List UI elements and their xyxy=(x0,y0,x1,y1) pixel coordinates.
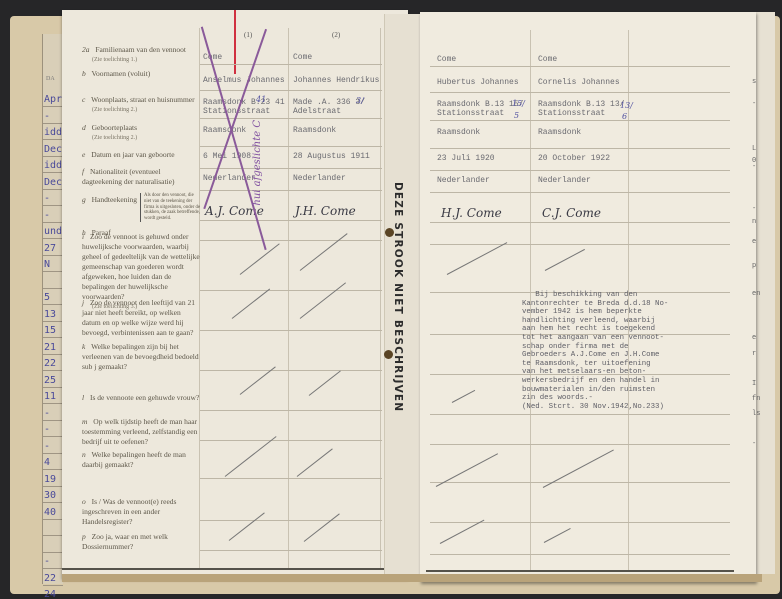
ledger-entry: idd xyxy=(44,160,62,171)
ledger-entry: - xyxy=(44,424,50,435)
row-rule xyxy=(200,146,382,147)
question-key: i xyxy=(82,232,84,241)
question-note: (Zie toelichting 1.) xyxy=(92,55,197,65)
partner-3-birth-date: 23 Juli 1920 xyxy=(437,154,495,163)
row-rule xyxy=(200,190,382,191)
binding-strip-label: DEZE STROOK NIET BESCHRIJVEN xyxy=(392,182,404,412)
row-rule xyxy=(430,222,730,223)
ledger-header: DA xyxy=(46,76,55,82)
row-rule xyxy=(430,66,730,67)
row-rule xyxy=(200,90,382,91)
pencil-note: 15/ xyxy=(512,99,525,108)
row-rule xyxy=(200,478,382,479)
underlying-text-fragment: - xyxy=(752,205,756,213)
question-key: m xyxy=(82,417,87,426)
ledger-rule xyxy=(43,535,63,536)
ledger-entry: - xyxy=(44,441,50,452)
ledger-rule xyxy=(43,486,63,487)
ledger-rule xyxy=(43,370,63,371)
question-label: Zoo ja, waar en met welk Dossiernummer? xyxy=(82,532,168,551)
question-k: k Welke bepalingen zijn bij het verleene… xyxy=(82,342,200,372)
row-rule xyxy=(430,120,730,121)
row-rule xyxy=(200,220,382,221)
partner-4-birthplace: Raamsdonk xyxy=(538,128,581,137)
ledger-rule xyxy=(43,403,63,404)
partner-1-birthplace: Raamsdonk xyxy=(203,126,246,135)
question-label: Is de vennoote een gehuwde vrouw? xyxy=(90,393,199,402)
ledger-rule xyxy=(43,387,63,388)
question-m: m Op welk tijdstip heeft de man haar toe… xyxy=(82,417,200,447)
ledger-entry: 22 xyxy=(44,573,56,584)
question-label: Nationaliteit (eventueel dagteekening de… xyxy=(82,167,174,186)
ledger-entry: idd xyxy=(44,127,62,138)
partner-4-nationality: Nederlander xyxy=(538,176,591,185)
ledger-rule xyxy=(43,337,63,338)
underlying-text-fragment: en xyxy=(752,290,760,298)
ledger-entry: 25 xyxy=(44,375,56,386)
ledger-rule xyxy=(43,420,63,421)
row-rule xyxy=(430,414,730,415)
partner-2-address-line1: Made .A. 336 3/ xyxy=(293,98,365,107)
ledger-entry: 24 xyxy=(44,589,56,599)
pencil-note: 5 xyxy=(514,111,519,120)
ledger-rule xyxy=(43,189,63,190)
ledger-rule xyxy=(43,106,63,107)
row-rule xyxy=(200,64,382,65)
ledger-rule xyxy=(43,585,63,586)
underlying-text-fragment: - xyxy=(752,440,756,448)
ledger-rule xyxy=(43,205,63,206)
row-rule xyxy=(200,440,382,441)
partner-4-first-names: Cornelis Johannes xyxy=(538,78,620,87)
question-label: Familienaam van den vennoot xyxy=(95,45,186,54)
question-key: g xyxy=(82,195,86,204)
partner-3-nationality: Nederlander xyxy=(437,176,490,185)
row-rule xyxy=(200,550,382,551)
ledger-rule xyxy=(43,156,63,157)
question-j: j Zoo de vennoot den leeftijd van 21 jaa… xyxy=(82,298,200,338)
partner-3-signature: H.J. Come xyxy=(441,206,502,220)
underlying-text-fragment: fn xyxy=(752,395,760,403)
ledger-rule xyxy=(43,469,63,470)
partner-2-address-line2: Adelstraat xyxy=(293,107,341,116)
page-bottom-rule xyxy=(426,570,734,572)
ledger-rule xyxy=(43,255,63,256)
underlying-text-fragment: I xyxy=(752,380,756,388)
ledger-rule xyxy=(43,354,63,355)
partner-2-family-name: Come xyxy=(293,53,312,62)
ledger-rule xyxy=(43,139,63,140)
question-note: (Zie toelichting 2.) xyxy=(92,133,197,143)
question-key: 2a xyxy=(82,45,90,54)
pencil-note: 41 xyxy=(256,95,266,104)
underlying-text-fragment: ls xyxy=(752,410,760,418)
underlying-text-fragment: - xyxy=(752,100,756,108)
question-label: Is / Was de vennoot(e) reeds ingeschreve… xyxy=(82,497,176,526)
question-key: k xyxy=(82,342,85,351)
ledger-entry: 21 xyxy=(44,342,56,353)
ledger-entry: 11 xyxy=(44,391,56,402)
partner-4-family-name: Come xyxy=(538,55,557,64)
question-key: e xyxy=(82,150,85,159)
row-rule xyxy=(200,520,382,521)
question-label: Geboorteplaats xyxy=(92,123,137,132)
question-key: n xyxy=(82,450,86,459)
ledger-entry: - xyxy=(44,111,50,122)
question-key: d xyxy=(82,123,86,132)
underlying-text-fragment: L xyxy=(752,145,756,153)
purple-annotation: hui afgeslichte C xyxy=(252,120,263,206)
row-rule xyxy=(200,290,382,291)
partner-1-birth-date: 6 Mei 1908 xyxy=(203,152,251,161)
underlying-text-fragment: p xyxy=(752,262,756,270)
partner-4-signature: C.J. Come xyxy=(542,206,601,220)
question-label: Zoo de vennoot den leeftijd van 21 jaar … xyxy=(82,298,195,337)
partner-2-nationality: Nederlander xyxy=(293,174,346,183)
question-label: Handteekening xyxy=(92,195,137,204)
signature-note: Als door den vennoot, die niet van de te… xyxy=(140,193,202,222)
question-e: e Datum en jaar van geboorte xyxy=(82,150,197,160)
question-key: f xyxy=(82,167,84,176)
ledger-rule xyxy=(43,288,63,289)
question-label: Zoo de vennoot is gehuwd onder huwelijks… xyxy=(82,232,200,301)
ledger-rule xyxy=(43,304,63,305)
question-d: d Geboorteplaats (Zie toelichting 2.) xyxy=(82,123,197,143)
partner-3-address-line2: Stationsstraat xyxy=(437,109,504,118)
question-label: Datum en jaar van geboorte xyxy=(91,150,174,159)
ledger-rule xyxy=(43,552,63,553)
row-rule xyxy=(430,244,730,245)
row-rule xyxy=(200,168,382,169)
question-note: (Zie toelichting 2.) xyxy=(92,105,197,115)
partner-2-birth-date: 28 Augustus 1911 xyxy=(293,152,370,161)
row-rule xyxy=(200,240,382,241)
question-key: c xyxy=(82,95,85,104)
ledger-rule xyxy=(43,436,63,437)
underlying-text-fragment: - xyxy=(752,163,756,171)
ledger-rule xyxy=(43,238,63,239)
left-ledger-strip: DA Apri-iddDecuiddDec--und27N51315212225… xyxy=(42,34,63,584)
row-rule xyxy=(430,170,730,171)
partner-1-nationality: Nederlander xyxy=(203,174,256,183)
partner-3-birthplace: Raamsdonk xyxy=(437,128,480,137)
ledger-entry: - xyxy=(44,193,50,204)
column-rule xyxy=(380,28,381,568)
question-o: o Is / Was de vennoot(e) reeds ingeschre… xyxy=(82,497,200,527)
ledger-entry: 13 xyxy=(44,309,56,320)
question-key: p xyxy=(82,532,86,541)
question-2a: 2a Familienaam van den vennoot (Zie toel… xyxy=(82,45,197,65)
ledger-entry: 30 xyxy=(44,490,56,501)
row-rule xyxy=(430,554,730,555)
question-n: n Welke bepalingen heeft de man daarbij … xyxy=(82,450,200,470)
partner-2-first-names: Johannes Hendrikus xyxy=(293,76,379,85)
decree-note: Bij beschikking van den Kantonrechter te… xyxy=(522,291,668,411)
question-c: c Woonplaats, straat en huisnummer (Zie … xyxy=(82,95,197,115)
underlying-text-fragment: e xyxy=(752,238,756,246)
question-label: Woonplaats, straat en huisnummer xyxy=(91,95,195,104)
ledger-rule xyxy=(43,502,63,503)
row-rule xyxy=(430,444,730,445)
ledger-rule xyxy=(43,222,63,223)
underlying-text-fragment: s xyxy=(752,78,756,86)
partner-3-family-name: Come xyxy=(437,55,456,64)
question-key: j xyxy=(82,298,84,307)
ledger-entry: und xyxy=(44,226,62,237)
ledger-rule xyxy=(43,568,63,569)
punch-hole xyxy=(384,350,393,359)
ledger-entry: N xyxy=(44,259,50,270)
ledger-rule xyxy=(43,172,63,173)
row-rule xyxy=(200,410,382,411)
ledger-entry: 4 xyxy=(44,457,50,468)
question-f: f Nationaliteit (eventueel dagteekening … xyxy=(82,167,197,187)
row-rule xyxy=(200,370,382,371)
partner-4-address-line1: Raamsdonk B.13 13/ xyxy=(538,100,624,109)
underlying-text-fragment: n xyxy=(752,218,756,226)
ledger-entry: Dec xyxy=(44,177,62,188)
ledger-entry: - xyxy=(44,210,50,221)
ledger-entry: 40 xyxy=(44,507,56,518)
ledger-entry: 27 xyxy=(44,243,56,254)
question-key: o xyxy=(82,497,86,506)
question-label: Welke bepalingen heeft de man daarbij ge… xyxy=(82,450,186,469)
underlying-text-fragment: e xyxy=(752,334,756,342)
ledger-entry: - xyxy=(44,556,50,567)
question-label: Welke bepalingen zijn bij het verleenen … xyxy=(82,342,199,371)
ledger-entry: 19 xyxy=(44,474,56,485)
pencil-note: 3/ xyxy=(356,96,364,105)
question-p: p Zoo ja, waar en met welk Dossiernummer… xyxy=(82,532,200,552)
question-label: Voornamen (voluit) xyxy=(92,69,151,78)
partner-2-signature: J.H. Come xyxy=(295,204,356,218)
ledger-entry: 15 xyxy=(44,325,56,336)
ledger-rule xyxy=(43,519,63,520)
partner-4-birth-date: 20 October 1922 xyxy=(538,154,610,163)
partner-2-birthplace: Raamsdonk xyxy=(293,126,336,135)
column-number: (1) xyxy=(244,31,252,39)
partner-1-address-line1: Raamsdonk B.23 41 xyxy=(203,98,285,107)
row-rule xyxy=(430,192,730,193)
partner-3-address-line1: Raamsdonk B.13 15/ xyxy=(437,100,523,109)
pencil-note: 13/ xyxy=(620,101,633,110)
column-rule xyxy=(288,28,289,568)
ledger-entry: 5 xyxy=(44,292,50,303)
ledger-rule xyxy=(43,453,63,454)
page-bottom-rule xyxy=(62,568,384,570)
question-label: Op welk tijdstip heeft de man haar toest… xyxy=(82,417,197,446)
ledger-entry: - xyxy=(44,408,50,419)
ledger-rule xyxy=(43,123,63,124)
page-stack-edge xyxy=(62,574,762,582)
question-key: l xyxy=(82,393,84,402)
ledger-rule xyxy=(43,321,63,322)
row-rule xyxy=(430,482,730,483)
partner-4-address-line2: Stationsstraat xyxy=(538,109,605,118)
question-key: b xyxy=(82,69,86,78)
underlying-text-fragment: r xyxy=(752,350,756,358)
question-l: l Is de vennoote een gehuwde vrouw? xyxy=(82,393,200,403)
row-rule xyxy=(430,148,730,149)
row-rule xyxy=(430,92,730,93)
row-rule xyxy=(200,330,382,331)
pencil-note: 6 xyxy=(622,112,627,121)
ledger-entry: 22 xyxy=(44,358,56,369)
ledger-rule xyxy=(43,271,63,272)
partner-3-first-names: Hubertus Johannes xyxy=(437,78,519,87)
punch-hole xyxy=(385,228,394,237)
column-number: (2) xyxy=(332,31,340,39)
question-b: b Voornamen (voluit) xyxy=(82,69,197,79)
